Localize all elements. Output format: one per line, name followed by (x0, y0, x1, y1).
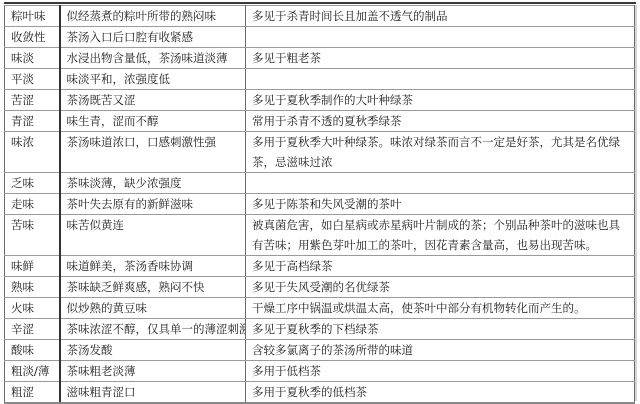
description-cell: 味生青，涩而不醇 (60, 111, 246, 132)
table-row: 辛涩 茶味浓涩不醇，仅具单一的薄涩刺激性 多见于夏秋季的下档绿茶 (5, 319, 635, 340)
description-cell: 似经蒸煮的粽叶所带的熟闷味 (60, 6, 246, 27)
term-cell: 味浓 (5, 132, 60, 173)
table-row: 粗淡/薄 茶味粗老淡薄 多用于低档茶 (5, 361, 635, 382)
description-cell: 茶味粗老淡薄 (60, 361, 246, 382)
term-cell: 粗淡/薄 (5, 361, 60, 382)
description-cell: 味淡平和，浓强度低 (60, 69, 246, 90)
term-cell: 苦涩 (5, 90, 60, 111)
note-cell: 多见于高档绿茶 (246, 256, 635, 277)
term-cell: 味鲜 (5, 256, 60, 277)
description-cell: 茶汤发酸 (60, 340, 246, 361)
note-cell: 多见于夏秋季制作的大叶种绿茶 (246, 90, 635, 111)
note-cell: 多见于陈茶和失风受潮的茶叶 (246, 194, 635, 215)
term-cell: 乏味 (5, 173, 60, 194)
table-row: 火味 似炒熟的黄豆味 干燥工序中锅温或烘温太高，使茶叶中部分有机物转化而产生的。 (5, 298, 635, 319)
note-cell: 常用于杀青不透的夏秋季绿茶 (246, 111, 635, 132)
note-cell: 多用于夏秋季大叶种绿茶。味浓对绿茶而言不一定是好茶，尤其是名优绿茶，忌滋味过浓 (246, 132, 635, 173)
description-cell: 茶汤入口后口腔有收紧感 (60, 27, 246, 48)
note-cell: 多用于夏秋季的低档茶 (246, 382, 635, 404)
term-cell: 收敛性 (5, 27, 60, 48)
table-row: 乏味 茶味淡薄，缺少浓强度 (5, 173, 635, 194)
table-row: 收敛性 茶汤入口后口腔有收紧感 (5, 27, 635, 48)
note-cell: 多见于杀青时间长且加盖不透气的制品 (246, 6, 635, 27)
term-cell: 酸味 (5, 340, 60, 361)
table-row: 平淡 味淡平和，浓强度低 (5, 69, 635, 90)
table-row: 走味 茶叶失去原有的新鲜滋味 多见于陈茶和失风受潮的茶叶 (5, 194, 635, 215)
description-cell: 味道鲜美，茶汤香味协调 (60, 256, 246, 277)
term-cell: 粗涩 (5, 382, 60, 404)
table-row: 粗涩 滋味粗青涩口 多用于夏秋季的低档茶 (5, 382, 635, 404)
description-cell: 茶叶失去原有的新鲜滋味 (60, 194, 246, 215)
description-cell: 味苦似黄连 (60, 215, 246, 256)
table-row: 味浓 茶汤味道浓口，口感刺激性强 多用于夏秋季大叶种绿茶。味浓对绿茶而言不一定是… (5, 132, 635, 173)
term-cell: 粽叶味 (5, 6, 60, 27)
tea-taste-terms-table: 粽叶味 似经蒸煮的粽叶所带的熟闷味 多见于杀青时间长且加盖不透气的制品 收敛性 … (4, 5, 635, 404)
term-cell: 火味 (5, 298, 60, 319)
table-row: 酸味 茶汤发酸 含较多氯离子的茶汤所带的味道 (5, 340, 635, 361)
term-cell: 苦味 (5, 215, 60, 256)
note-cell (246, 173, 635, 194)
description-cell: 茶味浓涩不醇，仅具单一的薄涩刺激性 (60, 319, 246, 340)
table-row: 青涩 味生青，涩而不醇 常用于杀青不透的夏秋季绿茶 (5, 111, 635, 132)
description-cell: 滋味粗青涩口 (60, 382, 246, 404)
term-cell: 青涩 (5, 111, 60, 132)
description-cell: 茶汤既苦又涩 (60, 90, 246, 111)
note-cell: 被真菌危害，如白星病或赤星病叶片制成的茶；个别品种茶叶的滋味也具有苦味；用紫色芽… (246, 215, 635, 256)
table-row: 苦涩 茶汤既苦又涩 多见于夏秋季制作的大叶种绿茶 (5, 90, 635, 111)
note-cell: 干燥工序中锅温或烘温太高，使茶叶中部分有机物转化而产生的。 (246, 298, 635, 319)
description-cell: 水浸出物含量低，茶汤味道淡薄 (60, 48, 246, 69)
description-cell: 茶味淡薄，缺少浓强度 (60, 173, 246, 194)
description-cell: 茶汤味道浓口，口感刺激性强 (60, 132, 246, 173)
note-cell: 多见于夏秋季的下档绿茶 (246, 319, 635, 340)
term-cell: 走味 (5, 194, 60, 215)
note-cell: 多见于粗老茶 (246, 48, 635, 69)
table-row: 味鲜 味道鲜美，茶汤香味协调 多见于高档绿茶 (5, 256, 635, 277)
note-cell: 多用于低档茶 (246, 361, 635, 382)
term-cell: 味淡 (5, 48, 60, 69)
table-shadow (635, 5, 637, 401)
term-cell: 熟味 (5, 277, 60, 298)
description-cell: 似炒熟的黄豆味 (60, 298, 246, 319)
table-row: 苦味 味苦似黄连 被真菌危害，如白星病或赤星病叶片制成的茶；个别品种茶叶的滋味也… (5, 215, 635, 256)
table-top-border (4, 2, 636, 4)
term-cell: 辛涩 (5, 319, 60, 340)
note-cell: 多见于失风受潮的名优绿茶 (246, 277, 635, 298)
term-cell: 平淡 (5, 69, 60, 90)
description-cell: 茶味缺乏鲜爽感，熟闷不快 (60, 277, 246, 298)
note-cell: 含较多氯离子的茶汤所带的味道 (246, 340, 635, 361)
note-cell (246, 27, 635, 48)
table-row: 熟味 茶味缺乏鲜爽感，熟闷不快 多见于失风受潮的名优绿茶 (5, 277, 635, 298)
table-row: 味淡 水浸出物含量低，茶汤味道淡薄 多见于粗老茶 (5, 48, 635, 69)
note-cell (246, 69, 635, 90)
table-row: 粽叶味 似经蒸煮的粽叶所带的熟闷味 多见于杀青时间长且加盖不透气的制品 (5, 6, 635, 27)
